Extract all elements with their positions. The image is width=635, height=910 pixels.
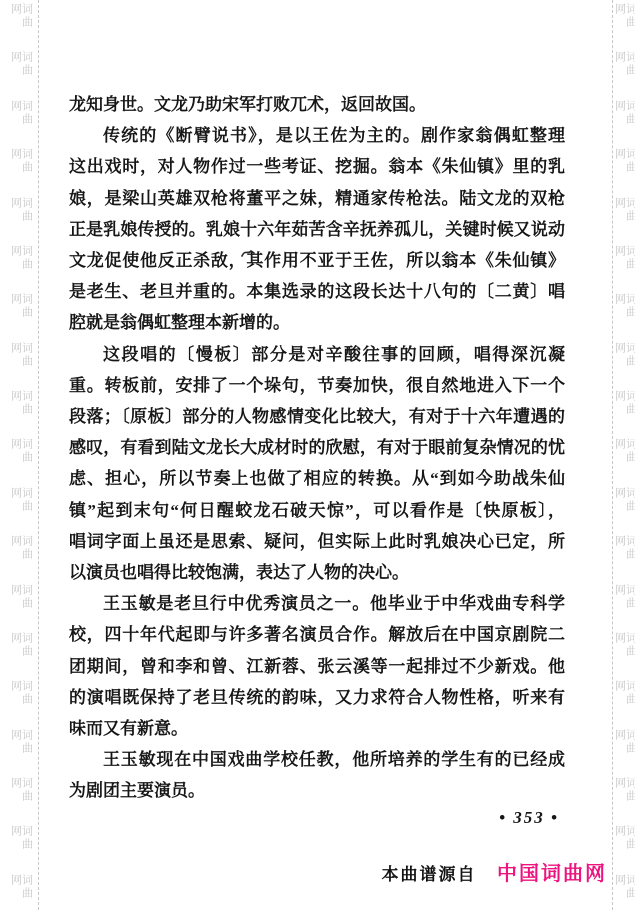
watermark-text: 词曲网 — [10, 438, 32, 474]
watermark-text: 词曲网 — [10, 584, 32, 620]
watermark-text: 词曲网 — [614, 487, 635, 523]
watermark-text: 词曲网 — [614, 100, 635, 136]
watermark-text: 词曲网 — [10, 777, 32, 813]
footer-site-name: 中国词曲网 — [497, 863, 607, 885]
text-line: 团期间，曾和李和曾、江新蓉、张云溪等一起排过不少新戏。他 — [69, 651, 565, 682]
watermark-text: 词曲网 — [614, 245, 635, 281]
watermark-text: 词曲网 — [614, 535, 635, 571]
text-line: 文龙促使他反正杀敌，其作用不亚于王佐，所以翁本《朱仙镇》 — [69, 245, 565, 276]
footer-source-label: 本曲谱源自 — [382, 865, 477, 884]
watermark-text: 词曲网 — [10, 729, 32, 765]
text-line: 味而又有新意。 — [69, 713, 565, 744]
watermark-text: 词曲网 — [10, 874, 32, 910]
text-line: 镇”起到末句“何日醒蛟龙石破天惊”，可以看作是〔快原板〕， — [69, 495, 565, 526]
text-line: 腔就是翁偶虹整理本新增的。 — [69, 307, 565, 338]
watermark-text: 词曲网 — [614, 197, 635, 233]
watermark-text: 词曲网 — [614, 584, 635, 620]
watermark-text: 词曲网 — [614, 729, 635, 765]
watermark-text: 词曲网 — [614, 390, 635, 426]
text-line: 虑、担心，所以节奏上也做了相应的转换。从“到如今助战朱仙 — [69, 463, 565, 494]
watermark-text: 词曲网 — [614, 632, 635, 668]
watermark-text: 词曲网 — [10, 535, 32, 571]
page-number: • 353 • — [69, 808, 559, 828]
text-line: 段落；〔原板〕部分的人物感情变化比较大，有对于十六年遭遇的 — [69, 401, 565, 432]
text-line: 王玉敏是老旦行中优秀演员之一。他毕业于中华戏曲专科学 — [69, 588, 565, 619]
text-line: 这段唱的〔慢板〕部分是对辛酸往事的回顾，唱得深沉凝 — [69, 339, 565, 370]
watermark-text: 词曲网 — [614, 3, 635, 39]
watermark-column-left: 词曲网 词曲网词曲网词曲网词曲网词曲网词曲网词曲网词曲网词曲网词曲网词曲网词曲网… — [15, 3, 26, 910]
watermark-text: 词曲网 — [10, 245, 32, 281]
watermark-text: 词曲网 — [10, 51, 32, 87]
dashed-divider-right — [612, 0, 613, 910]
watermark-column-right: 词曲网 词曲网词曲网词曲网词曲网词曲网词曲网词曲网词曲网词曲网词曲网词曲网词曲网… — [619, 3, 630, 910]
watermark-text: 词曲网 — [10, 3, 32, 39]
text-line: 娘，是梁山英雄双枪将董平之妹，精通家传枪法。陆文龙的双枪 — [69, 183, 565, 214]
watermark-text: 词曲网 — [10, 293, 32, 329]
text-line: 龙知身世。文龙乃助宋军打败兀术，返回故国。 — [69, 89, 565, 120]
watermark-text: 词曲网 — [614, 825, 635, 861]
text-line: 重。转板前，安排了一个垛句，节奏加快，很自然地进入下一个 — [69, 370, 565, 401]
watermark-text: 词曲网 — [614, 148, 635, 184]
text-line: 正是乳娘传授的。乳娘十六年茹苦含辛抚养孤儿，关键时候又说动 — [69, 214, 565, 245]
text-line: 校，四十年代起即与许多著名演员合作。解放后在中国京剧院二 — [69, 619, 565, 650]
watermark-text: 词曲网 — [10, 680, 32, 716]
dashed-divider-left — [38, 0, 39, 910]
scanned-book-page: 词曲网 词曲网词曲网词曲网词曲网词曲网词曲网词曲网词曲网词曲网词曲网词曲网词曲网… — [0, 0, 635, 910]
watermark-text: 词曲网 — [10, 825, 32, 861]
text-line: 是老生、老旦并重的。本集选录的这段长达十八句的〔二黄〕唱 — [69, 276, 565, 307]
text-line: 唱词字面上虽还是思索、疑问，但实际上此时乳娘决心已定，所 — [69, 526, 565, 557]
watermark-text: 词曲网 — [10, 148, 32, 184]
watermark-text: 词曲网 — [614, 342, 635, 378]
text-line: 传统的《断臂说书》，是以王佐为主的。剧作家翁偶虹整理 — [69, 120, 565, 151]
watermark-text: 词曲网 — [614, 874, 635, 910]
text-line: 这出戏时，对人物作过一些考证、挖掘。翁本《朱仙镇》里的乳 — [69, 151, 565, 182]
watermark-text: 词曲网 — [614, 51, 635, 87]
text-line: 的演唱既保持了老旦传统的韵味，又力求符合人物性格，听来有 — [69, 682, 565, 713]
watermark-text: 词曲网 — [10, 100, 32, 136]
text-line: 以演员也唱得比较饱满，表达了人物的决心。 — [69, 557, 565, 588]
watermark-text: 词曲网 — [10, 632, 32, 668]
text-line: 感叹，有看到陆文龙长大成材时的欣慰，有对于眼前复杂情况的忧 — [69, 432, 565, 463]
watermark-text: 词曲网 — [614, 293, 635, 329]
watermark-text: 词曲网 — [614, 680, 635, 716]
watermark-text: 词曲网 — [10, 390, 32, 426]
watermark-text: 词曲网 — [10, 342, 32, 378]
watermark-text: 词曲网 — [614, 438, 635, 474]
stray-pen-mark — [241, 248, 256, 258]
text-line: 王玉敏现在中国戏曲学校任教，他所培养的学生有的已经成 — [69, 744, 565, 775]
page-text-block: 龙知身世。文龙乃助宋军打败兀术，返回故国。 传统的《断臂说书》，是以王佐为主的。… — [69, 89, 565, 807]
watermark-text: 词曲网 — [10, 487, 32, 523]
watermark-text: 词曲网 — [614, 777, 635, 813]
watermark-text: 词曲网 — [10, 197, 32, 233]
text-line: 为剧团主要演员。 — [69, 775, 565, 806]
footer-attribution: 本曲谱源自 中国词曲网 — [382, 857, 607, 886]
